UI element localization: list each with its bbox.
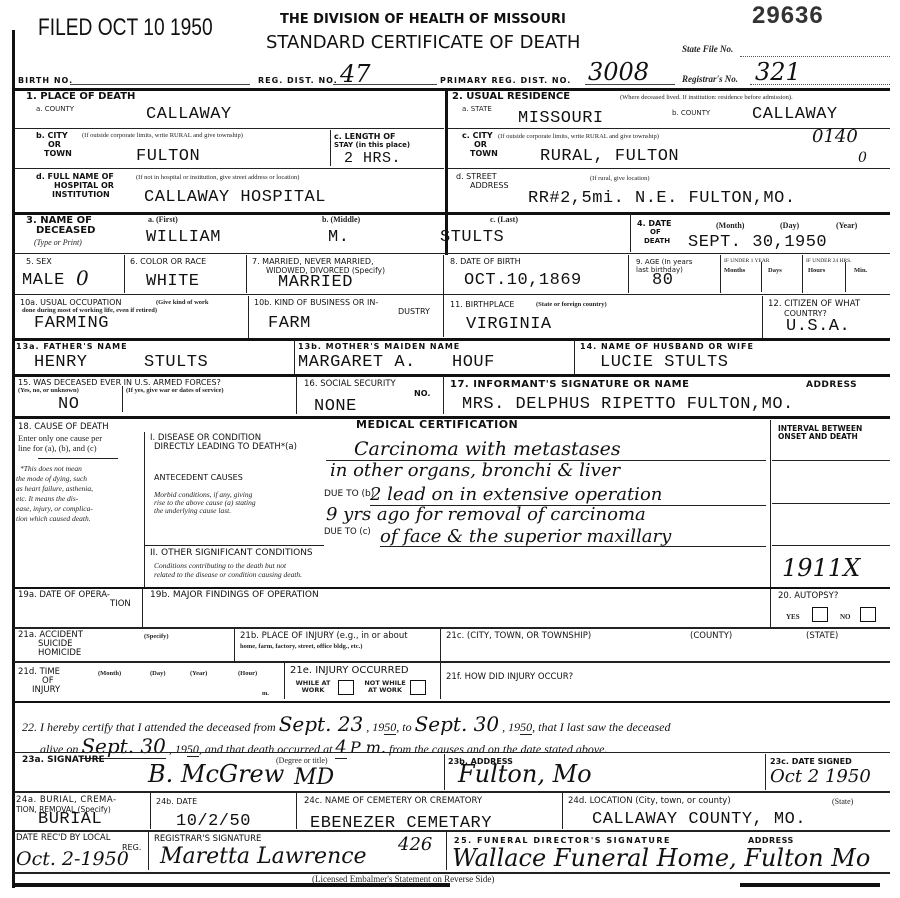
cert-alive-on: alive on <box>40 742 78 756</box>
cert-text: 22. I hereby certify that I attended the… <box>22 720 276 734</box>
col-divider <box>234 629 235 661</box>
dod-month-label: (Month) <box>716 222 744 229</box>
occupation-label: 10a. USUAL OCCUPATION <box>20 298 121 307</box>
at-work-checkbox[interactable] <box>338 680 354 695</box>
morbid-note-3: the underlying cause last. <box>154 507 231 514</box>
col-divider <box>628 255 629 293</box>
cert-from-year-prefix: , 19 <box>366 720 384 734</box>
col-divider <box>144 432 145 588</box>
pod-county-label: a. COUNTY <box>36 106 74 113</box>
dod-year-label: (Year) <box>836 222 857 229</box>
stay-value: 2 HRS. <box>344 150 401 168</box>
funeral-director-signature: Wallace Funeral Home, Fulton Mo <box>452 844 870 872</box>
business-label2: DUSTRY <box>398 307 430 316</box>
registrar-no-label: Registrar's No. <box>682 76 738 83</box>
col-divider <box>124 255 125 293</box>
ssn-value: NONE <box>314 398 357 416</box>
burial-date-label: 24b. DATE <box>156 797 197 806</box>
pod-city-note: (If outside corporate limits, write RURA… <box>82 132 322 139</box>
at-work-label: WHILE AT WORK <box>290 680 336 694</box>
footnote-rule <box>38 458 118 459</box>
col-divider <box>720 255 721 293</box>
street-label: d. STREET <box>456 172 497 181</box>
occupation-note2: done during most of working life, even i… <box>22 307 157 314</box>
col-divider <box>296 376 297 414</box>
row-divider <box>14 128 444 129</box>
registrar-signature-label: REGISTRAR'S SIGNATURE <box>154 835 261 844</box>
informant-address-label: ADDRESS <box>806 381 857 390</box>
place-of-death-label: 1. PLACE OF DEATH <box>26 92 135 101</box>
cause-line-a2: in other organs, bronchi & liver <box>330 460 620 481</box>
col-divider <box>150 793 151 829</box>
col-divider <box>443 255 444 337</box>
row-divider <box>14 587 890 589</box>
injury-m-label: m. <box>262 690 269 697</box>
father-label: 13a. FATHER'S NAME <box>16 342 128 351</box>
cert-to-label: to <box>402 720 411 734</box>
interval-label2: ONSET AND DEATH <box>778 432 858 441</box>
res-city-town: TOWN <box>470 149 498 158</box>
cause-of-death-label: 18. CAUSE OF DEATH <box>18 423 109 432</box>
middle-name-label: b. (Middle) <box>322 216 360 223</box>
page-title: STANDARD CERTIFICATE OF DEATH <box>266 32 580 53</box>
cert-text-2: that I last saw the deceased <box>538 720 670 734</box>
col-divider <box>770 589 771 627</box>
state-file-line <box>740 56 890 57</box>
injury-hour-label: (Hour) <box>238 670 257 677</box>
col-divider <box>761 262 762 292</box>
injury-year-label: (Year) <box>190 670 207 677</box>
res-state-value: MISSOURI <box>518 110 604 128</box>
citizen-value: U.S.A. <box>786 318 850 336</box>
spouse-label: 14. NAME OF HUSBAND OR WIFE <box>580 342 754 351</box>
pod-city-or: OR <box>48 140 61 149</box>
row-divider-thick <box>14 338 890 341</box>
margin-code: 0140 <box>812 126 858 147</box>
morbid-note-1: Morbid conditions, if any, giving <box>154 491 252 498</box>
form-bottom-border-right <box>740 883 880 887</box>
disposition-label1: 24a. BURIAL, CREMA- <box>16 796 117 805</box>
col-divider <box>330 130 331 166</box>
dod-value: SEPT. 30,1950 <box>688 234 827 252</box>
months-label: Months <box>724 267 745 274</box>
primary-reg-dist-value: 3008 <box>588 58 649 86</box>
birth-no-label: BIRTH NO. <box>18 76 73 85</box>
injury-location-label: 21c. (CITY, TOWN, OR TOWNSHIP) <box>446 632 591 641</box>
cert-text-3: from the causes and on the date stated a… <box>389 742 608 756</box>
ssn-label1: 16. SOCIAL SECURITY <box>304 380 396 389</box>
autopsy-no-label: NO <box>840 614 851 621</box>
cert-to-year-prefix: , 19 <box>502 720 520 734</box>
col-divider <box>562 793 563 829</box>
pod-city-town: TOWN <box>44 149 72 158</box>
reg-dist-label: REG. DIST. NO. <box>258 76 338 85</box>
first-name-label: a. (First) <box>148 216 178 223</box>
row-divider <box>14 294 890 295</box>
certification-statement-line2: alive on Sept. 30 , 1950, and that death… <box>40 734 608 758</box>
res-city-note: (If outside corporate limits, write RURA… <box>498 133 659 140</box>
col-divider <box>148 832 149 870</box>
interval-rule <box>772 503 890 504</box>
hours-label: Hours <box>808 267 825 274</box>
injury-occurred-label: 21e. INJURY OCCURRED <box>290 666 409 675</box>
marital-value: MARRIED <box>278 274 353 292</box>
how-injury-label: 21f. HOW DID INJURY OCCUR? <box>446 673 573 682</box>
usual-residence-note: (Where deceased lived. If institution: r… <box>620 94 890 101</box>
hospital-note: (If not in hospital or institution, give… <box>136 174 299 181</box>
injury-day-label: (Day) <box>150 670 166 677</box>
burial-date-value: 10/2/50 <box>176 813 251 831</box>
burial-location-state-label: (State) <box>832 798 853 805</box>
cert-alive-year: 50 <box>187 742 199 757</box>
pod-city-label: b. CITY <box>36 131 68 140</box>
due-to-c-label: DUE TO (c) <box>324 528 371 537</box>
race-value: WHITE <box>146 273 200 291</box>
ssn-label2: NO. <box>414 389 430 398</box>
cert-from-date: Sept. 23 <box>279 712 364 736</box>
usual-residence-label: 2. USUAL RESIDENCE <box>452 92 570 101</box>
interval-mark: 1911X <box>782 554 860 582</box>
disposition-value: BURIAL <box>38 811 102 829</box>
cert-to-year: 50 <box>520 720 532 735</box>
cause-line-c: of face & the superior maxillary <box>380 526 671 547</box>
informant-label: 17. INFORMANT'S SIGNATURE OR NAME <box>450 380 689 389</box>
disease-label2: DIRECTLY LEADING TO DEATH*(a) <box>154 443 297 452</box>
burial-location-value: CALLAWAY COUNTY, MO. <box>592 811 806 829</box>
hospital-value: CALLAWAY HOSPITAL <box>144 189 326 207</box>
name-label2: DECEASED <box>36 226 95 235</box>
footnote-line-4: etc. It means the dis- <box>16 494 78 503</box>
cause-note2: line for (a), (b), and (c) <box>18 444 97 453</box>
birthplace-value: VIRGINIA <box>466 316 552 334</box>
burial-location-label: 24d. LOCATION (City, town, or county) <box>568 797 731 806</box>
autopsy-yes-checkbox[interactable] <box>812 607 828 622</box>
citizen-label1: 12. CITIZEN OF WHAT <box>768 300 860 309</box>
name-label1: 3. NAME OF <box>26 216 92 225</box>
autopsy-no-checkbox[interactable] <box>860 607 876 622</box>
race-label: 6. COLOR OR RACE <box>130 257 206 266</box>
cert-to-date: Sept. 30 <box>415 712 500 736</box>
interval-divider <box>770 420 771 588</box>
interval-rule <box>772 545 890 546</box>
marital-label1: 7. MARRIED, NEVER MARRIED, <box>252 257 374 266</box>
row-divider-thick <box>14 374 890 377</box>
findings-label: 19b. MAJOR FINDINGS OF OPERATION <box>150 591 319 600</box>
col-divider <box>845 262 846 292</box>
physician-address: Fulton, Mo <box>458 760 592 788</box>
days-label: Days <box>768 267 782 274</box>
cert-death-time: 4 <box>335 737 346 759</box>
hospital-label1: d. FULL NAME OF <box>36 172 114 181</box>
cause-rule <box>380 546 766 547</box>
primary-reg-dist-label: PRIMARY REG. DIST. NO. <box>440 76 571 85</box>
stay-label2: STAY (in this place) <box>334 141 410 150</box>
street-value: RR#2,5mi. N.E. FULTON,MO. <box>528 190 796 208</box>
col-divider <box>294 340 295 374</box>
cause-note1: Enter only one cause per <box>18 434 102 443</box>
birthplace-note: (State or foreign country) <box>536 301 607 308</box>
degree-label: (Degree or title) <box>276 757 328 764</box>
col-divider <box>296 793 297 829</box>
under-year-label: IF UNDER 1 YEAR <box>724 258 769 265</box>
row-divider <box>14 627 890 629</box>
accident-specify: (Specify) <box>144 633 169 640</box>
row-divider <box>14 253 890 254</box>
father-first-value: HENRY <box>34 354 88 372</box>
dod-label1: 4. DATE <box>637 219 672 228</box>
mother-first-value: MARGARET A. <box>298 354 416 372</box>
last-name-value: STULTS <box>440 229 504 247</box>
dod-label3: DEATH <box>644 237 670 246</box>
street-label2: ADDRESS <box>470 181 509 190</box>
other-note2: related to the disease or condition caus… <box>154 571 302 578</box>
col-divider <box>284 663 285 699</box>
footnote-line-2: the mode of dying, such <box>16 474 87 483</box>
first-name-value: WILLIAM <box>146 229 221 247</box>
filed-stamp: FILED OCT 10 1950 <box>38 14 213 42</box>
stay-label: c. LENGTH OF <box>334 132 395 141</box>
due-to-b-label: DUE TO (b) <box>324 490 374 499</box>
row-divider <box>14 661 890 663</box>
col-divider <box>248 296 249 338</box>
state-file-label: State File No. <box>682 46 733 53</box>
row-divider <box>14 830 890 832</box>
sex-mark: 0 <box>76 266 89 290</box>
footer-note: (Licensed Embalmer's Statement on Revers… <box>312 876 494 883</box>
cause-line-a: Carcinoma with metastases <box>354 438 621 460</box>
cause-line-b2: 9 yrs ago for removal of carcinoma <box>326 504 646 525</box>
margin-code2: 0 <box>858 150 867 166</box>
res-city-value: RURAL, FULTON <box>540 148 679 166</box>
col-divider <box>444 754 445 790</box>
physician-signature: B. McGrew <box>148 760 284 788</box>
col-divider <box>246 255 247 293</box>
autopsy-yes-label: YES <box>786 614 800 621</box>
operation-date-label1: 19a. DATE OF OPERA- <box>18 591 110 600</box>
date-signed-label: 23c. DATE SIGNED <box>770 757 852 766</box>
dob-label: 8. DATE OF BIRTH <box>450 257 521 266</box>
reg-dist-line <box>333 84 437 85</box>
row-divider <box>14 701 890 703</box>
not-at-work-checkbox[interactable] <box>410 680 426 695</box>
pod-county-value: CALLAWAY <box>146 106 232 124</box>
pod-city-value: FULTON <box>136 148 200 166</box>
agency-name: THE DIVISION OF HEALTH OF MISSOURI <box>280 12 566 27</box>
col-divider <box>440 629 441 699</box>
hospital-label2: HOSPITAL OR <box>54 181 114 190</box>
col-divider <box>765 754 766 790</box>
row-divider <box>14 752 890 753</box>
res-city-or: OR <box>474 140 487 149</box>
birthplace-label: 11. BIRTHPLACE <box>450 300 514 309</box>
registrar-code: 426 <box>398 834 432 855</box>
medical-cert-title: MEDICAL CERTIFICATION <box>356 420 518 429</box>
cause-line-b: 2 lead on in extensive operation <box>370 484 662 505</box>
row-divider <box>447 168 890 169</box>
min-label: Min. <box>854 267 867 274</box>
age-value: 80 <box>652 272 673 290</box>
certification-statement: 22. I hereby certify that I attended the… <box>22 712 670 736</box>
col-divider <box>142 589 143 627</box>
autopsy-label: 20. AUTOPSY? <box>778 592 838 601</box>
last-name-label: c. (Last) <box>490 216 518 223</box>
col-divider <box>630 214 631 252</box>
armed-forces-label: 15. WAS DECEASED EVER IN U.S. ARMED FORC… <box>18 378 221 387</box>
registrar-signature: Maretta Lawrence <box>160 844 367 869</box>
armed-value: NO <box>58 396 79 414</box>
business-label1: 10b. KIND OF BUSINESS OR IN- <box>254 298 378 307</box>
spouse-value: LUCIE STULTS <box>600 354 728 372</box>
primary-reg-dist-line <box>585 84 675 85</box>
registrar-no-value: 321 <box>755 58 801 86</box>
row-divider <box>144 545 324 546</box>
injury-state-label: (STATE) <box>806 632 838 641</box>
col-divider <box>446 832 447 870</box>
registrar-no-line <box>750 84 890 85</box>
accident-label3: HOMICIDE <box>38 649 81 658</box>
date-recd-value: Oct. 2-1950 <box>16 848 129 870</box>
interval-rule <box>772 460 890 461</box>
name-label3: (Type or Print) <box>34 239 82 246</box>
row-divider <box>14 791 890 793</box>
date-recd-label1: DATE REC'D BY LOCAL <box>16 834 110 843</box>
cert-death-at: and that death occurred at <box>205 742 333 756</box>
footnote-line-6: tion which caused death. <box>16 514 91 523</box>
footnote-line-3: as heart failure, asthenia, <box>16 484 93 493</box>
other-conditions-label: II. OTHER SIGNIFICANT CONDITIONS <box>150 549 313 558</box>
dod-label2: OF <box>650 228 661 237</box>
occupation-value: FARMING <box>34 315 109 333</box>
res-county-label: b. COUNTY <box>672 110 710 117</box>
col-divider <box>574 340 575 374</box>
cert-death-m: P m. <box>350 738 386 757</box>
mother-last-value: HOUF <box>452 354 495 372</box>
not-at-work-label: NOT WHILE AT WORK <box>360 680 410 694</box>
injury-month-label: (Month) <box>98 670 121 677</box>
res-city-label: c. CITY <box>462 131 493 140</box>
other-note1: Conditions contributing to the death but… <box>154 562 286 569</box>
birth-no-line <box>70 84 250 85</box>
dob-value: OCT.10,1869 <box>464 272 582 290</box>
morbid-note-2: rise to the above cause (a) stating <box>154 499 256 506</box>
street-note: (If rural, give location) <box>590 175 650 182</box>
sex-value: MALE <box>22 272 65 290</box>
business-value: FARM <box>268 315 311 333</box>
time-of-injury-label3: INJURY <box>32 686 60 695</box>
place-of-injury-label: 21b. PLACE OF INJURY (e.g., in or about <box>240 632 408 641</box>
place-of-injury-note: home, farm, factory, street, office bldg… <box>240 643 362 650</box>
father-last-value: STULTS <box>144 354 208 372</box>
armed-note1: (Yes, no, or unknown) <box>18 387 79 394</box>
cert-from-year: 50 <box>384 720 396 735</box>
row-divider-thick <box>14 212 890 215</box>
cemetery-label: 24c. NAME OF CEMETERY OR CREMATORY <box>304 797 482 806</box>
occupation-note1: (Give kind of work <box>156 299 209 306</box>
sex-label: 5. SEX <box>26 257 52 266</box>
form-left-border <box>12 30 15 888</box>
dod-day-label: (Day) <box>780 222 799 229</box>
signature-label: 23a. SIGNATURE <box>22 756 105 765</box>
armed-note2: (If yes, give war or dates of service) <box>126 387 224 394</box>
col-divider <box>122 386 123 412</box>
mother-label: 13b. MOTHER'S MAIDEN NAME <box>298 342 460 351</box>
col-divider <box>762 296 763 338</box>
cert-alive-year-prefix: , 19 <box>169 742 187 756</box>
degree-value: MD <box>294 765 334 790</box>
operation-date-label2: TION <box>110 600 131 609</box>
antecedent-label: ANTECEDENT CAUSES <box>154 473 243 482</box>
row-divider <box>14 168 444 169</box>
middle-name-value: M. <box>328 229 349 247</box>
date-signed-value: Oct 2 1950 <box>770 766 871 787</box>
col-divider <box>443 376 444 414</box>
hospital-label3: INSTITUTION <box>52 190 110 199</box>
stamp-number: 29636 <box>752 2 824 30</box>
res-state-label: a. STATE <box>462 106 492 113</box>
injury-county-label: (COUNTY) <box>690 632 732 641</box>
informant-value: MRS. DELPHUS RIPETTO FULTON,MO. <box>462 396 794 414</box>
footnote-line-1: *This does not mean <box>20 464 82 473</box>
footnote-line-5: ease, injury, or complica- <box>16 504 93 513</box>
res-county-value: CALLAWAY <box>752 106 838 124</box>
col-divider <box>802 255 803 293</box>
